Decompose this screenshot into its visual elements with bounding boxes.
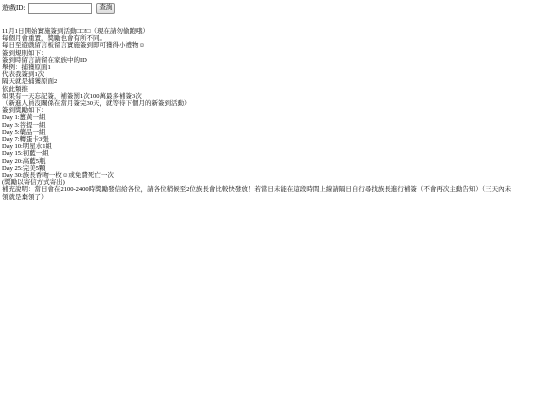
- text-line: 領就是棄領了）: [2, 194, 540, 201]
- text-line: 舉例：捕獲原面1: [2, 64, 540, 71]
- text-line: Day 1:薑黃一組: [2, 114, 540, 121]
- text-line: 依此類推: [2, 86, 540, 93]
- text-line: Day 7:轉蛋卡3張: [2, 136, 540, 143]
- text-line: 簽到規則如下：: [2, 50, 540, 57]
- page: 遊戲ID: 查詢 11月1日開始實施簽到活動□□!□（現在請勿偷跑哦）每個月會重…: [0, 0, 540, 405]
- text-line: （新進人員沒關係在當月簽完30天，就等待下個月的新簽到活動）: [2, 100, 540, 107]
- announcement-text: 11月1日開始實施簽到活動□□!□（現在請勿偷跑哦）每個月會重置，獎勵也會有所不…: [2, 28, 540, 201]
- game-id-form: 遊戲ID: 查詢: [0, 0, 540, 14]
- text-line: Day 5:藥品一組: [2, 129, 540, 136]
- text-line: Day 10:明星水1組: [2, 143, 540, 150]
- text-line: Day 3:菩提一組: [2, 122, 540, 129]
- text-line: 簽到獎勵如下：: [2, 107, 540, 114]
- text-line: 每日至遊戲留言板留言實施簽到即可獲得小禮物☺: [2, 42, 540, 49]
- text-line: 如果有一天忘記簽，補簽罰1次100萬最多補簽3次: [2, 93, 540, 100]
- text-line: 隔天就是捕獲原面2: [2, 78, 540, 85]
- game-id-label: 遊戲ID:: [2, 3, 25, 14]
- game-id-input[interactable]: [28, 3, 92, 14]
- text-line: Day 30:族長香吻一枚☺或免費死亡一次: [2, 172, 540, 179]
- text-line: Day 15:初藍一組: [2, 150, 540, 157]
- text-line: 簽到時留言請留在家族中的ID: [2, 57, 540, 64]
- search-button[interactable]: 查詢: [96, 3, 115, 14]
- text-line: Day 20:高藍5瓶: [2, 158, 540, 165]
- text-line: 代表我簽到1次: [2, 71, 540, 78]
- text-line: Day 25:完美5顆: [2, 165, 540, 172]
- text-line: 補充說明：當日會在2100-2400時獎勵發信給各位，請各位稍候至2位族長會比較…: [2, 186, 540, 193]
